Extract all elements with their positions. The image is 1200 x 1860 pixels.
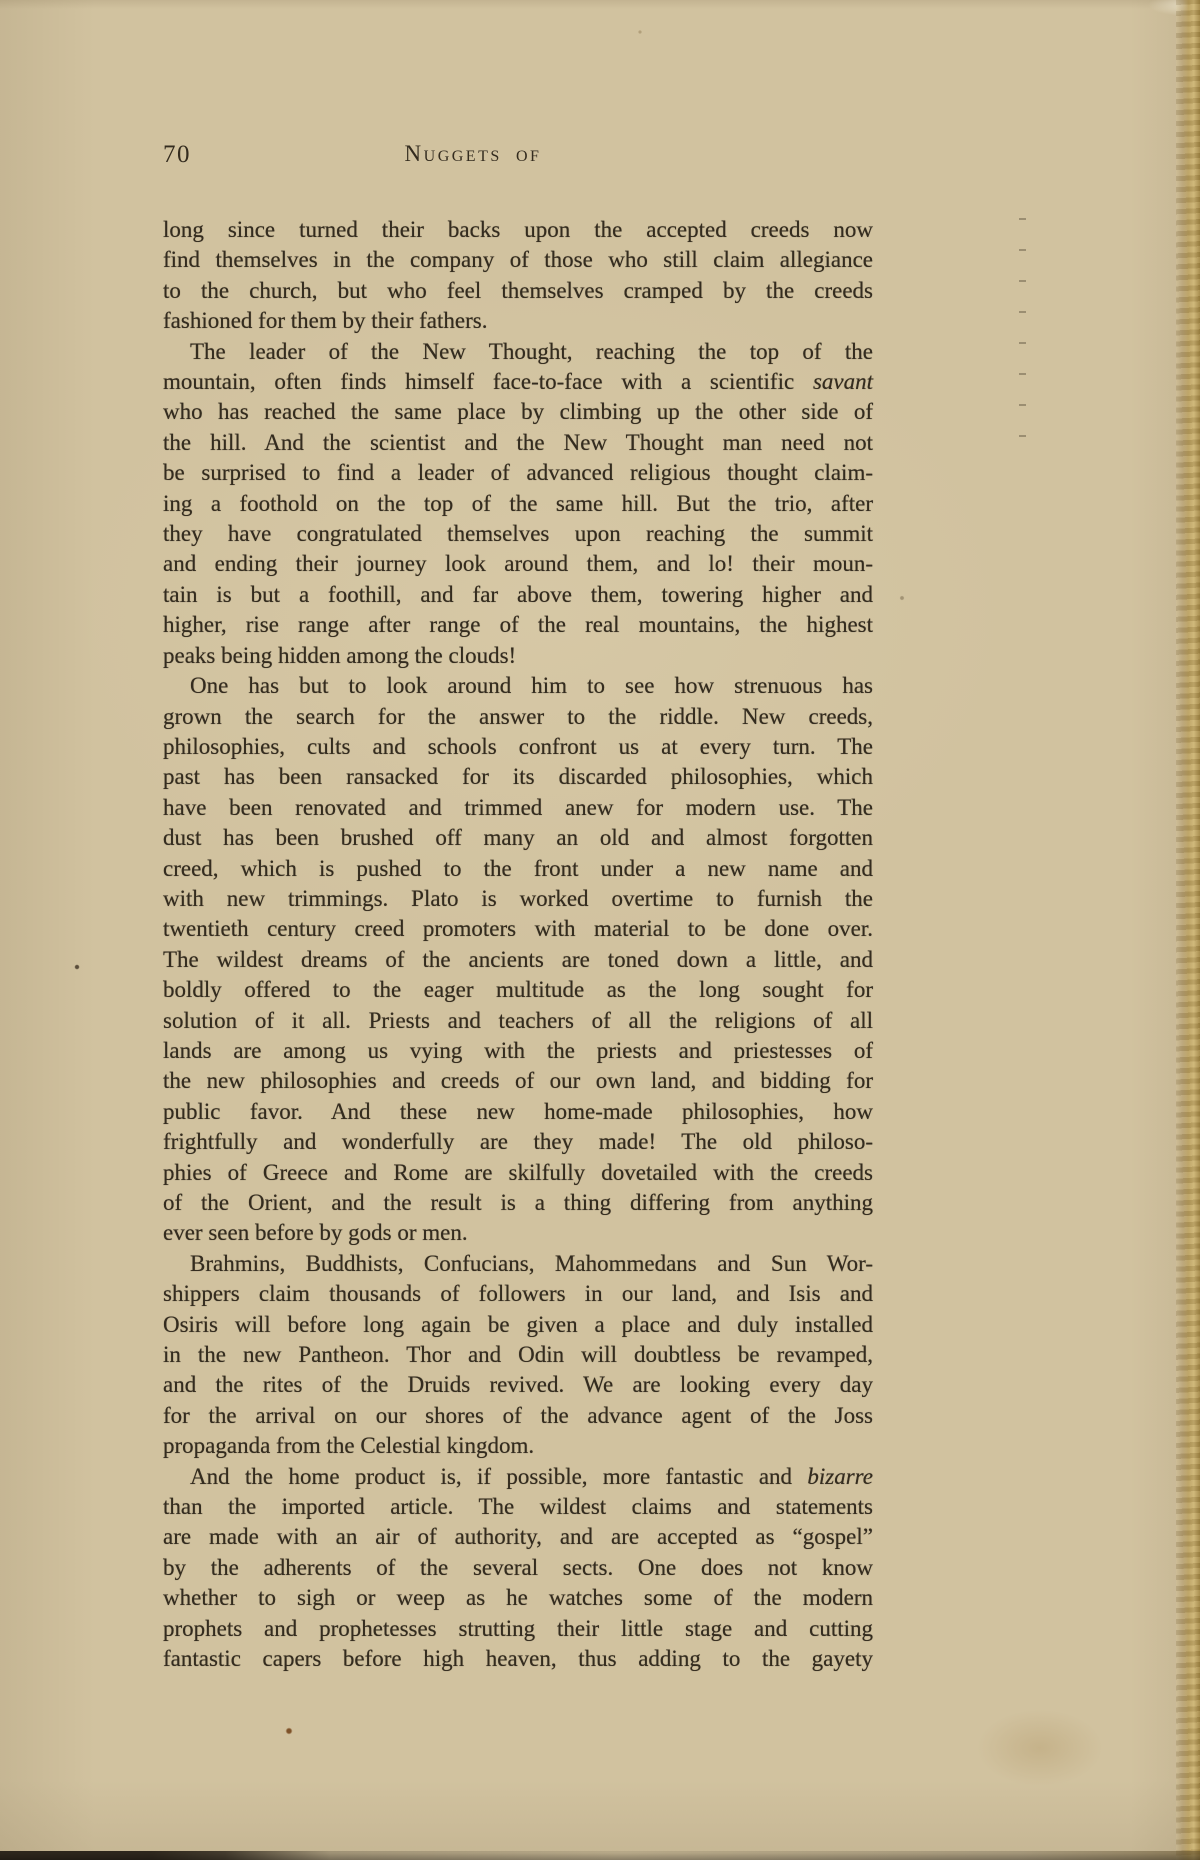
text-line: dust has been brushed off many an old an… [163, 823, 873, 853]
text-line: past has been ransacked for its discarde… [163, 762, 873, 792]
paragraph: And the home product is, if possible, mo… [163, 1462, 873, 1675]
text-line: frightfully and wonderfully are they mad… [163, 1127, 873, 1157]
paragraph: Brahmins, Buddhists, Confucians, Mahomme… [163, 1249, 873, 1462]
text-line: phies of Greece and Rome are skilfully d… [163, 1158, 873, 1188]
text-line: grown the search for the answer to the r… [163, 702, 873, 732]
text-line: fantastic capers before high heaven, thu… [163, 1644, 873, 1674]
text-line: and the rites of the Druids revived. We … [163, 1370, 873, 1400]
text-line: are made with an air of authority, and a… [163, 1522, 873, 1552]
text-line: boldly offered to the eager multitude as… [163, 975, 873, 1005]
text-line: with new trimmings. Plato is worked over… [163, 884, 873, 914]
text-line: shippers claim thousands of followers in… [163, 1279, 873, 1309]
text-line: creed, which is pushed to the front unde… [163, 854, 873, 884]
text-line: ever seen before by gods or men. [163, 1218, 873, 1248]
text-line: Osiris will before long again be given a… [163, 1310, 873, 1340]
text-line: peaks being hidden among the clouds! [163, 641, 873, 671]
text-line: for the arrival on our shores of the adv… [163, 1401, 873, 1431]
running-head: Nuggets of [363, 141, 583, 167]
text-line: in the new Pantheon. Thor and Odin will … [163, 1340, 873, 1370]
text-line: higher, rise range after range of the re… [163, 610, 873, 640]
paragraph: long since turned their backs upon the a… [163, 215, 873, 337]
text-line: the new philosophies and creeds of our o… [163, 1066, 873, 1096]
paragraph: One has but to look around him to see ho… [163, 671, 873, 1249]
text-line: philosophies, cults and schools confront… [163, 732, 873, 762]
text-line: the hill. And the scientist and the New … [163, 428, 873, 458]
text-line: have been renovated and trimmed anew for… [163, 793, 873, 823]
text-line: long since turned their backs upon the a… [163, 215, 873, 245]
text-line: of the Orient, and the result is a thing… [163, 1188, 873, 1218]
page-header: 70 Nuggets of [163, 139, 873, 171]
text-line: public favor. And these new home-made ph… [163, 1097, 873, 1127]
text-line: tain is but a foothill, and far above th… [163, 580, 873, 610]
text-line: solution of it all. Priests and teachers… [163, 1006, 873, 1036]
text-line: propaganda from the Celestial kingdom. [163, 1431, 873, 1461]
book-edge-bottom [0, 1851, 1200, 1860]
text-line: ing a foothold on the top of the same hi… [163, 489, 873, 519]
text-line: fashioned for them by their fathers. [163, 306, 873, 336]
margin-marks [1019, 218, 1026, 443]
text-line: find themselves in the company of those … [163, 245, 873, 275]
text-line: and ending their journey look around the… [163, 549, 873, 579]
text-line: lands are among us vying with the priest… [163, 1036, 873, 1066]
text-line: prophets and prophetesses strutting thei… [163, 1614, 873, 1644]
text-line: One has but to look around him to see ho… [163, 671, 873, 701]
text-line: twentieth century creed promoters with m… [163, 914, 873, 944]
text-line: who has reached the same place by climbi… [163, 397, 873, 427]
text-line: The wildest dreams of the ancients are t… [163, 945, 873, 975]
text-line: they have congratulated themselves upon … [163, 519, 873, 549]
text-block: long since turned their backs upon the a… [163, 215, 873, 1675]
text-line: And the home product is, if possible, mo… [163, 1462, 873, 1492]
paragraph: The leader of the New Thought, reaching … [163, 337, 873, 671]
book-edge-right [1176, 0, 1200, 1860]
book-page: 70 Nuggets of long since turned their ba… [0, 0, 1200, 1860]
text-line: Brahmins, Buddhists, Confucians, Mahomme… [163, 1249, 873, 1279]
text-line: The leader of the New Thought, reaching … [163, 337, 873, 367]
text-line: mountain, often finds himself face-to-fa… [163, 367, 873, 397]
text-line: whether to sigh or weep as he watches so… [163, 1583, 873, 1613]
text-line: by the adherents of the several sects. O… [163, 1553, 873, 1583]
text-line: to the church, but who feel themselves c… [163, 276, 873, 306]
text-line: than the imported article. The wildest c… [163, 1492, 873, 1522]
page-number: 70 [163, 141, 191, 169]
text-line: be surprised to find a leader of advance… [163, 458, 873, 488]
